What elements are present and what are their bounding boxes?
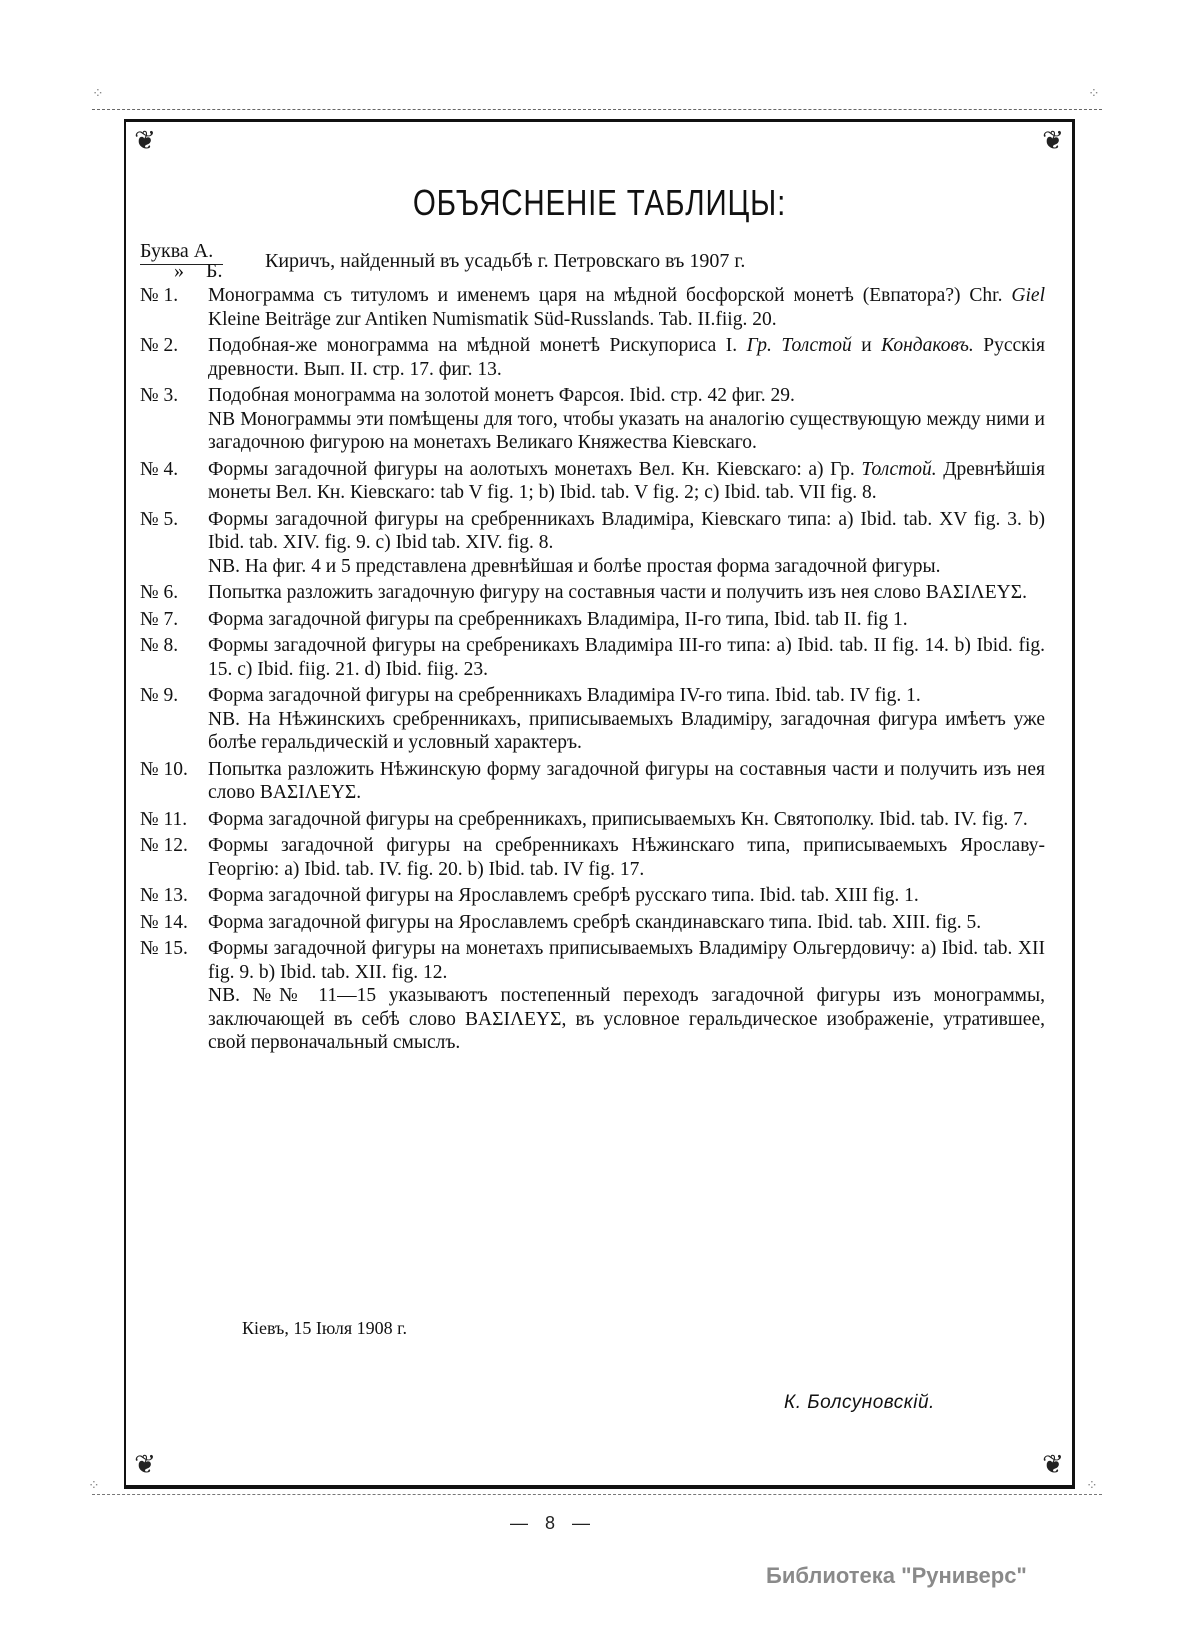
place-and-date: Кіевъ, 15 Іюля 1908 г. — [242, 1318, 407, 1339]
entry-text: Форма загадочной фигуры на сребренникахъ… — [208, 808, 1045, 832]
entry-9: № 9. Форма загадочной фигуры на сребренн… — [140, 684, 1045, 755]
library-watermark: Библиотека "Руниверс" — [766, 1563, 1027, 1589]
entry-2: № 2. Подобная-же монограмма на мѣдной мо… — [140, 334, 1045, 381]
entry-4: № 4. Формы загадочной фигуры на аолотыхъ… — [140, 458, 1045, 505]
entry-number: № 1. — [140, 284, 208, 331]
bukva-description: Киричъ, найденный въ усадьбѣ г. Петровск… — [265, 250, 745, 274]
entry-3: № 3. Подобная монограмма на золотой моне… — [140, 384, 1045, 455]
entry-number: № 10. — [140, 758, 208, 805]
entry-15: № 15. Формы загадочной фигуры на монетах… — [140, 937, 1045, 1055]
entry-number: № 15. — [140, 937, 208, 1055]
page-number: — 8 — — [510, 1513, 596, 1534]
entry-number: № 2. — [140, 334, 208, 381]
entry-text: Форма загадочной фигуры на Ярославлемъ с… — [208, 911, 1045, 935]
entry-text: Попытка разложить Нѣжинскую форму загадо… — [208, 758, 1045, 805]
entry-6: № 6. Попытка разложить загадочную фигуру… — [140, 581, 1045, 605]
ditto-mark: » — [174, 260, 184, 282]
entry-text: Формы загадочной фигуры на сребреникахъ … — [208, 634, 1045, 681]
entry-nota-bene: NB. На фиг. 4 и 5 представлена древнѣйша… — [208, 555, 1045, 579]
entry-number: № 11. — [140, 808, 208, 832]
entry-text: Монограмма съ титуломъ и именемъ царя на… — [208, 284, 1045, 331]
margin-speck-bottom-left: ⁘ — [88, 1478, 100, 1494]
entry-number: № 13. — [140, 884, 208, 908]
entry-text: Подобная монограмма на золотой монетъ Фа… — [208, 384, 1045, 408]
entry-number: № 7. — [140, 608, 208, 632]
margin-speck-top-right: ⁘ — [1088, 86, 1100, 102]
entry-14: № 14. Форма загадочной фигуры на Ярослав… — [140, 911, 1045, 935]
entry-nota-bene: NB. На Нѣжинскихъ сребренникахъ, приписы… — [208, 708, 1045, 755]
entry-number: № 12. — [140, 834, 208, 881]
explanation-list: Буква А. »Б. Киричъ, найденный въ усадьб… — [140, 240, 1045, 1055]
entry-text: Форма загадочной фигуры на Ярославлемъ с… — [208, 884, 1045, 908]
page-title: ОБЪЯСНЕНІЕ ТАБЛИЦЫ: — [210, 182, 990, 224]
entry-number: № 3. — [140, 384, 208, 455]
entry-nota-bene: NB Монограммы эти помѣщены для того, что… — [208, 408, 1045, 455]
entry-number: № 9. — [140, 684, 208, 755]
entry-1: № 1. Монограмма съ титуломъ и именемъ ца… — [140, 284, 1045, 331]
entry-number: № 8. — [140, 634, 208, 681]
bukva-b-text: Б. — [206, 260, 222, 282]
entry-text: Форма загадочной фигуры па сребренникахъ… — [208, 608, 1045, 632]
author-signature: К. Болсуновскій. — [784, 1392, 935, 1414]
entry-text: Форма загадочной фигуры на сребренникахъ… — [208, 684, 1045, 708]
entry-number: № 5. — [140, 508, 208, 579]
entry-text: Формы загадочной фигуры на сребренникахъ… — [208, 834, 1045, 881]
bukva-b-label: »Б. — [140, 260, 222, 284]
entry-10: № 10. Попытка разложить Нѣжинскую форму … — [140, 758, 1045, 805]
entry-11: № 11. Форма загадочной фигуры на сребрен… — [140, 808, 1045, 832]
entry-5: № 5. Формы загадочной фигуры на сребренн… — [140, 508, 1045, 579]
entry-number: № 14. — [140, 911, 208, 935]
entry-7: № 7. Форма загадочной фигуры па сребренн… — [140, 608, 1045, 632]
entry-text: Подобная-же монограмма на мѣдной монетѣ … — [208, 334, 1045, 381]
corner-ornament-icon: ❦ — [1036, 124, 1070, 158]
entry-text: Попытка разложить загадочную фигуру на с… — [208, 581, 1045, 605]
margin-speck-top-left: ⁘ — [92, 86, 104, 102]
corner-ornament-icon: ❦ — [128, 1448, 162, 1482]
bottom-dashed-rule — [92, 1494, 1102, 1495]
entry-text: Формы загадочной фигуры на монетахъ прип… — [208, 937, 1045, 984]
entry-13: № 13. Форма загадочной фигуры на Ярослав… — [140, 884, 1045, 908]
bukva-entry: Буква А. »Б. Киричъ, найденный въ усадьб… — [140, 240, 1045, 284]
entry-8: № 8. Формы загадочной фигуры на сребрени… — [140, 634, 1045, 681]
entry-nota-bene: NB. №№ 11—15 указываютъ постепенный пере… — [208, 984, 1045, 1055]
corner-ornament-icon: ❦ — [128, 124, 162, 158]
entry-text: Формы загадочной фигуры на сребренникахъ… — [208, 508, 1045, 555]
entry-number: № 4. — [140, 458, 208, 505]
margin-speck-bottom-right: ⁘ — [1086, 1478, 1098, 1494]
entry-number: № 6. — [140, 581, 208, 605]
entry-text: Формы загадочной фигуры на аолотыхъ моне… — [208, 458, 1045, 505]
top-dashed-rule — [92, 109, 1102, 110]
corner-ornament-icon: ❦ — [1036, 1448, 1070, 1482]
entry-12: № 12. Формы загадочной фигуры на сребрен… — [140, 834, 1045, 881]
